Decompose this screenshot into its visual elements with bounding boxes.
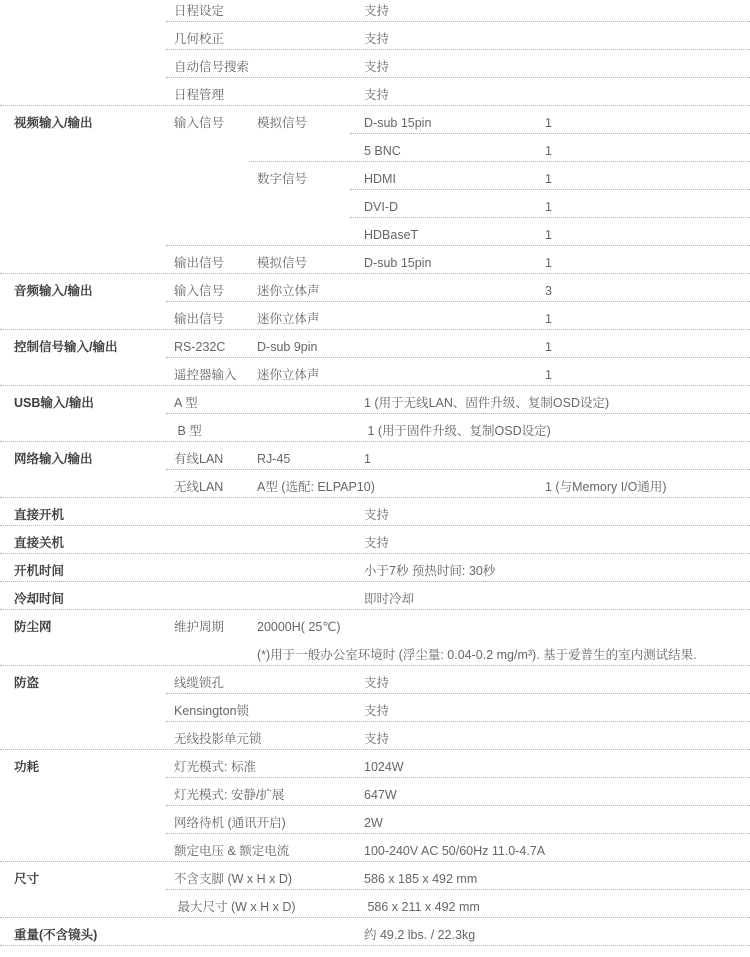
- row-separator: [0, 497, 750, 498]
- row-separator: [166, 469, 750, 470]
- spec-category-label: USB输入/输出: [14, 395, 94, 411]
- spec-cell: DVI-D: [364, 199, 398, 215]
- row-separator: [166, 77, 750, 78]
- spec-cell: 100-240V AC 50/60Hz 11.0-4.7A: [364, 843, 545, 859]
- spec-cell: 1: [545, 367, 552, 383]
- row-separator: [166, 21, 750, 22]
- spec-cell: D-sub 15pin: [364, 115, 431, 131]
- table-row: 最大尺寸 (W x H x D) 586 x 211 x 492 mm: [0, 896, 750, 924]
- row-separator: [166, 357, 750, 358]
- spec-cell: 遥控器输入: [174, 367, 237, 383]
- table-row: 无线投影单元锁支持: [0, 728, 750, 756]
- spec-cell: 支持: [364, 31, 389, 47]
- spec-cell: 迷你立体声: [257, 367, 320, 383]
- table-row: 开机时间小于7秒 预热时间: 30秒: [0, 560, 750, 588]
- row-separator: [0, 525, 750, 526]
- spec-category-label: 尺寸: [14, 871, 39, 887]
- spec-cell: 自动信号搜索: [174, 59, 249, 75]
- spec-cell: 约 49.2 lbs. / 22.3kg: [364, 927, 475, 943]
- spec-category-label: 直接关机: [14, 535, 64, 551]
- spec-cell: 1: [545, 143, 552, 159]
- spec-cell: 灯光模式: 标准: [174, 759, 256, 775]
- spec-cell: 支持: [364, 3, 389, 19]
- spec-category-label: 开机时间: [14, 563, 64, 579]
- spec-cell: 1: [545, 199, 552, 215]
- table-row: 防盗线缆锁孔支持: [0, 672, 750, 700]
- table-row: 输出信号模拟信号D-sub 15pin1: [0, 252, 750, 280]
- spec-category-label: 控制信号输入/输出: [14, 339, 117, 355]
- spec-cell: 日程管理: [174, 87, 224, 103]
- table-row: 遥控器输入迷你立体声1: [0, 364, 750, 392]
- row-separator: [166, 49, 750, 50]
- row-separator: [0, 861, 750, 862]
- spec-cell: 小于7秒 预热时间: 30秒: [364, 563, 495, 579]
- spec-cell: 1 (与Memory I/O通用): [545, 479, 667, 495]
- spec-category-label: 直接开机: [14, 507, 64, 523]
- spec-cell: 支持: [364, 59, 389, 75]
- spec-cell: B 型: [174, 423, 202, 439]
- row-separator: [0, 105, 750, 106]
- spec-cell: 灯光模式: 安静/扩展: [174, 787, 284, 803]
- table-row: 额定电压 & 额定电流100-240V AC 50/60Hz 11.0-4.7A: [0, 840, 750, 868]
- spec-cell: 几何校正: [174, 31, 224, 47]
- spec-table: 日程设定支持几何校正支持自动信号搜索支持日程管理支持视频输入/输出输入信号模拟信…: [0, 0, 750, 957]
- table-row: 尺寸不含支脚 (W x H x D)586 x 185 x 492 mm: [0, 868, 750, 896]
- row-separator: [0, 273, 750, 274]
- spec-category-label: 网络输入/输出: [14, 451, 92, 467]
- table-row: 直接关机支持: [0, 532, 750, 560]
- table-row: 直接开机支持: [0, 504, 750, 532]
- spec-cell: 输出信号: [174, 255, 224, 271]
- spec-cell: HDMI: [364, 171, 396, 187]
- spec-cell: (*)用于一般办公室环境时 (浮尘量: 0.04-0.2 mg/m³). 基于爱…: [257, 647, 697, 663]
- spec-category-label: 冷却时间: [14, 591, 64, 607]
- table-row: 灯光模式: 安静/扩展647W: [0, 784, 750, 812]
- spec-cell: RJ-45: [257, 451, 290, 467]
- spec-cell: D-sub 15pin: [364, 255, 431, 271]
- table-row: 几何校正支持: [0, 28, 750, 56]
- spec-cell: 1: [545, 311, 552, 327]
- spec-cell: 线缆锁孔: [174, 675, 224, 691]
- spec-cell: 1 (用于固件升级、复制OSD设定): [364, 423, 551, 439]
- row-separator: [0, 553, 750, 554]
- table-row: 数字信号HDMI1: [0, 168, 750, 196]
- row-separator: [350, 189, 750, 190]
- table-row: 功耗灯光模式: 标准1024W: [0, 756, 750, 784]
- spec-cell: 647W: [364, 787, 397, 803]
- row-separator: [166, 245, 750, 246]
- spec-cell: 2W: [364, 815, 383, 831]
- spec-cell: 1 (用于无线LAN、固件升级、复制OSD设定): [364, 395, 609, 411]
- row-separator: [0, 441, 750, 442]
- table-row: 日程设定支持: [0, 0, 750, 28]
- spec-cell: 即时冷却: [364, 591, 414, 607]
- spec-cell: 模拟信号: [257, 255, 307, 271]
- row-separator: [249, 161, 750, 162]
- spec-cell: 网络待机 (通讯开启): [174, 815, 286, 831]
- table-row: HDBaseT1: [0, 224, 750, 252]
- spec-cell: 支持: [364, 87, 389, 103]
- spec-category-label: 防盗: [14, 675, 39, 691]
- table-row: USB输入/输出A 型1 (用于无线LAN、固件升级、复制OSD设定): [0, 392, 750, 420]
- spec-cell: 有线LAN: [174, 451, 223, 467]
- table-row: 视频输入/输出输入信号模拟信号D-sub 15pin1: [0, 112, 750, 140]
- spec-cell: 3: [545, 283, 552, 299]
- table-row: (*)用于一般办公室环境时 (浮尘量: 0.04-0.2 mg/m³). 基于爱…: [0, 644, 750, 672]
- row-separator: [166, 301, 750, 302]
- row-separator: [0, 385, 750, 386]
- table-row: DVI-D1: [0, 196, 750, 224]
- spec-category-label: 音频输入/输出: [14, 283, 92, 299]
- row-separator: [350, 133, 750, 134]
- spec-cell: 无线投影单元锁: [174, 731, 262, 747]
- spec-cell: 支持: [364, 731, 389, 747]
- table-row: Kensington锁支持: [0, 700, 750, 728]
- row-separator: [166, 833, 750, 834]
- spec-cell: 1: [364, 451, 371, 467]
- spec-category-label: 重量(不含镜头): [14, 927, 97, 943]
- row-separator: [0, 329, 750, 330]
- spec-cell: 输出信号: [174, 311, 224, 327]
- row-separator: [166, 721, 750, 722]
- table-row: 冷却时间即时冷却: [0, 588, 750, 616]
- spec-cell: 最大尺寸 (W x H x D): [174, 899, 296, 915]
- spec-cell: 无线LAN: [174, 479, 223, 495]
- row-separator: [166, 805, 750, 806]
- spec-cell: 5 BNC: [364, 143, 401, 159]
- spec-cell: A 型: [174, 395, 198, 411]
- table-row: 无线LANA型 (选配: ELPAP10)1 (与Memory I/O通用): [0, 476, 750, 504]
- spec-cell: 不含支脚 (W x H x D): [174, 871, 292, 887]
- table-row: 音频输入/输出输入信号迷你立体声3: [0, 280, 750, 308]
- table-row: 防尘网维护周期20000H( 25℃): [0, 616, 750, 644]
- row-separator: [0, 665, 750, 666]
- spec-cell: 支持: [364, 703, 389, 719]
- spec-cell: D-sub 9pin: [257, 339, 317, 355]
- spec-category-label: 防尘网: [14, 619, 52, 635]
- spec-cell: 维护周期: [174, 619, 224, 635]
- spec-cell: 输入信号: [174, 115, 224, 131]
- spec-cell: 1: [545, 339, 552, 355]
- spec-cell: 模拟信号: [257, 115, 307, 131]
- table-row: 重量(不含镜头)约 49.2 lbs. / 22.3kg: [0, 924, 750, 952]
- row-separator: [0, 749, 750, 750]
- row-separator: [166, 777, 750, 778]
- spec-cell: 1: [545, 227, 552, 243]
- table-row: B 型 1 (用于固件升级、复制OSD设定): [0, 420, 750, 448]
- table-row: 自动信号搜索支持: [0, 56, 750, 84]
- row-separator: [166, 889, 750, 890]
- spec-cell: 586 x 185 x 492 mm: [364, 871, 477, 887]
- spec-cell: A型 (选配: ELPAP10): [257, 479, 375, 495]
- row-separator: [166, 413, 750, 414]
- table-row: 5 BNC1: [0, 140, 750, 168]
- spec-cell: 支持: [364, 675, 389, 691]
- spec-cell: 1024W: [364, 759, 404, 775]
- spec-cell: 1: [545, 115, 552, 131]
- table-row: 网络输入/输出有线LANRJ-451: [0, 448, 750, 476]
- spec-cell: 日程设定: [174, 3, 224, 19]
- table-row: 控制信号输入/输出RS-232CD-sub 9pin1: [0, 336, 750, 364]
- row-separator: [0, 917, 750, 918]
- row-separator: [0, 945, 750, 946]
- spec-cell: 额定电压 & 额定电流: [174, 843, 289, 859]
- row-separator: [166, 693, 750, 694]
- spec-cell: 586 x 211 x 492 mm: [364, 899, 480, 915]
- spec-cell: 数字信号: [257, 171, 307, 187]
- spec-cell: HDBaseT: [364, 227, 418, 243]
- spec-cell: 支持: [364, 535, 389, 551]
- row-separator: [0, 581, 750, 582]
- spec-cell: 20000H( 25℃): [257, 619, 341, 635]
- table-row: 网络待机 (通讯开启)2W: [0, 812, 750, 840]
- spec-cell: 输入信号: [174, 283, 224, 299]
- table-row: 输出信号迷你立体声1: [0, 308, 750, 336]
- spec-cell: 迷你立体声: [257, 283, 320, 299]
- row-separator: [350, 217, 750, 218]
- spec-cell: 1: [545, 171, 552, 187]
- row-separator: [0, 609, 750, 610]
- spec-cell: 支持: [364, 507, 389, 523]
- spec-cell: 迷你立体声: [257, 311, 320, 327]
- spec-cell: RS-232C: [174, 339, 225, 355]
- spec-cell: Kensington锁: [174, 703, 249, 719]
- spec-category-label: 功耗: [14, 759, 39, 775]
- spec-cell: 1: [545, 255, 552, 271]
- table-row: 日程管理支持: [0, 84, 750, 112]
- spec-category-label: 视频输入/输出: [14, 115, 92, 131]
